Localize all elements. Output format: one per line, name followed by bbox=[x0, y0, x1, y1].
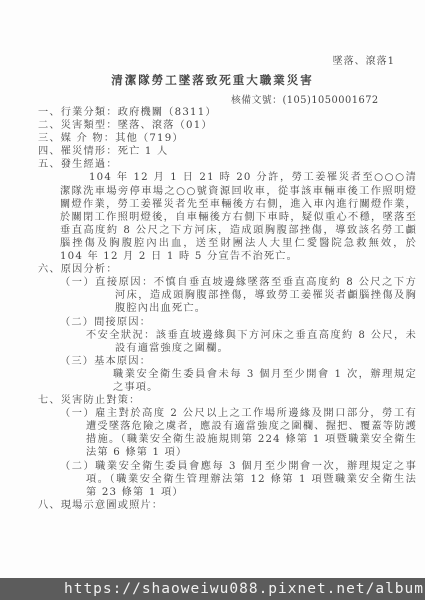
basic-cause-heading: （三）基本原因： bbox=[38, 355, 417, 368]
occurrence-heading: 五、發生經過： bbox=[38, 158, 417, 171]
watermark-url: https://shaoweiwu088.pixnet.net/album bbox=[64, 581, 425, 597]
basic-cause-paragraph: 職業安全衛生委員會未每 3 個月至少開會 1 次，辦理規定之事項。 bbox=[38, 368, 417, 394]
page-corner-label: 墜落、滾落1 bbox=[333, 52, 395, 67]
casualty-line: 四、罹災情形：死亡 1 人 bbox=[38, 145, 417, 158]
scene-photo-heading: 八、現場示意圖或照片： bbox=[38, 499, 417, 512]
cause-analysis-heading: 六、原因分析： bbox=[38, 263, 417, 276]
medium-line: 三、媒 介 物：其他（719） bbox=[38, 132, 417, 145]
scanned-document-page: 墜落、滾落1 清潔隊勞工墜落致死重大職業災害 核備文號：(105)1050001… bbox=[0, 0, 425, 600]
reference-number: 核備文號：(105)1050001672 bbox=[231, 92, 379, 106]
indirect-cause-heading: （二）間接原因： bbox=[38, 316, 417, 329]
disaster-type-line: 二、災害類型：墜落、滾落（01） bbox=[38, 119, 417, 132]
document-title: 清潔隊勞工墜落致死重大職業災害 bbox=[0, 72, 425, 88]
unsafe-condition-paragraph: 不安全狀況：該垂直坡邊緣與下方河床之垂直高度約 8 公尺，未設有適當強度之圍欄。 bbox=[38, 329, 417, 355]
occurrence-paragraph: 104 年 12 月 1 日 21 時 20 分許，勞工姜罹災者至○○○清潔隊洗… bbox=[38, 171, 417, 263]
industry-classification-line: 一、行業分類：政府機關（8311） bbox=[38, 106, 417, 119]
prevention-item-1: （一）雇主對於高度 2 公尺以上之工作場所邊緣及開口部分，勞工有遭受墜落危險之虞… bbox=[38, 407, 417, 459]
prevention-heading: 七、災害防止對策： bbox=[38, 394, 417, 407]
direct-cause-paragraph: （一）直接原因：不慎自垂直坡邊緣墜落至垂直高度約 8 公尺之下方河床，造成頭胸腹… bbox=[38, 276, 417, 315]
document-body: 一、行業分類：政府機關（8311） 二、災害類型：墜落、滾落（01） 三、媒 介… bbox=[38, 106, 417, 512]
prevention-item-2: （二）職業安全衛生委員會應每 3 個月至少開會一次，辦理規定之事項。（職業安全衛… bbox=[38, 460, 417, 499]
watermark-bar: https://shaoweiwu088.pixnet.net/album bbox=[0, 578, 425, 600]
